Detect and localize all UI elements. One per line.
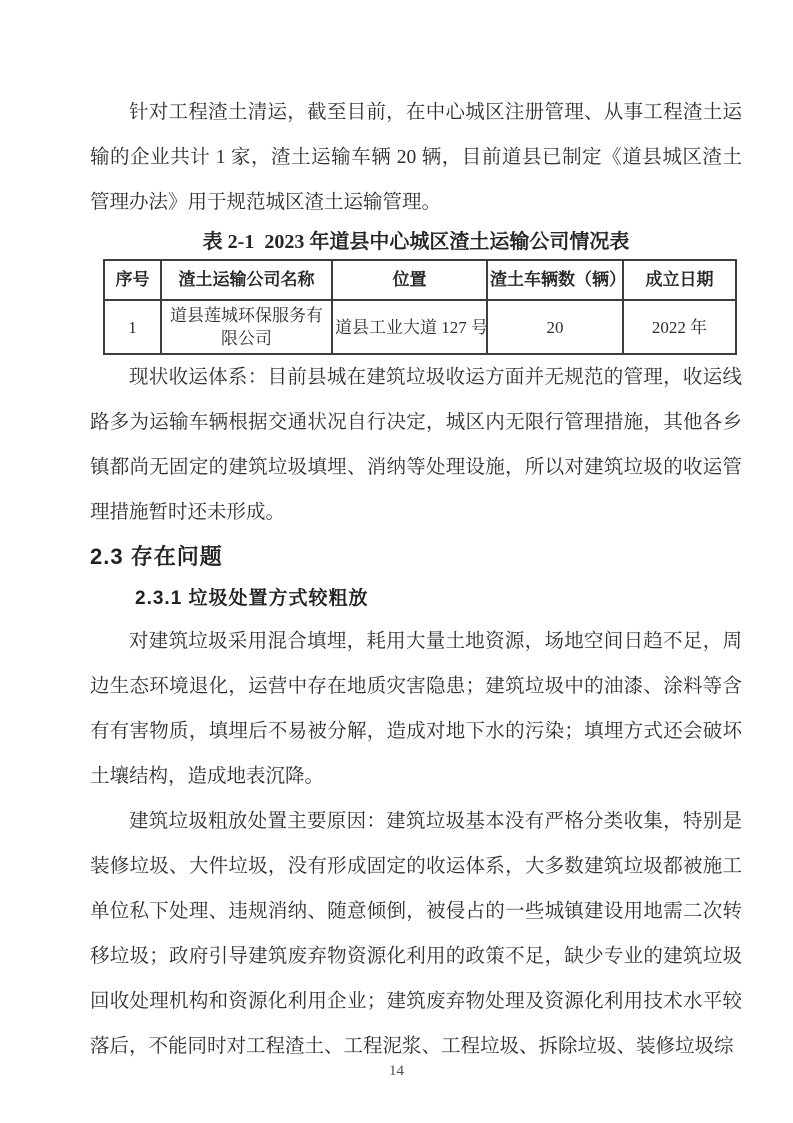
document-page: 针对工程渣土清运，截至目前，在中心城区注册管理、从事工程渣土运输的企业共计 1 … [0, 0, 793, 1123]
cell-truck-count: 20 [487, 300, 623, 354]
header-truck-count: 渣土车辆数（辆） [487, 260, 623, 300]
table-caption: 表 2-1 2023 年道县中心城区渣土运输公司情况表 [90, 226, 742, 258]
cell-company-name: 道县莲城环保服务有限公司 [161, 300, 332, 354]
header-founded-date: 成立日期 [623, 260, 736, 300]
paragraph-collection-system-status: 现状收运体系：目前县城在建筑垃圾收运方面并无规范的管理，收运线路多为运输车辆根据… [90, 355, 742, 535]
page-number: 14 [0, 1063, 793, 1079]
cell-location: 道县工业大道 127 号 [332, 300, 487, 354]
header-company-name: 渣土运输公司名称 [161, 260, 332, 300]
table-row: 1 道县莲城环保服务有限公司 道县工业大道 127 号 20 2022 年 [104, 300, 736, 354]
subsection-heading-crude-disposal: 2.3.1 垃圾处置方式较粗放 [135, 585, 742, 613]
header-index: 序号 [104, 260, 161, 300]
header-location: 位置 [332, 260, 487, 300]
paragraph-crude-disposal-causes: 建筑垃圾粗放处置主要原因：建筑垃圾基本没有严格分类收集，特别是装修垃圾、大件垃圾… [90, 799, 742, 1069]
paragraph-mixed-landfill-issues: 对建筑垃圾采用混合填埋，耗用大量土地资源，场地空间日趋不足，周边生态环境退化，运… [90, 619, 742, 799]
transport-company-table: 序号 渣土运输公司名称 位置 渣土车辆数（辆） 成立日期 1 道县莲城环保服务有… [103, 259, 737, 355]
cell-index: 1 [104, 300, 161, 354]
table-header-row: 序号 渣土运输公司名称 位置 渣土车辆数（辆） 成立日期 [104, 260, 736, 300]
paragraph-muck-transport-overview: 针对工程渣土清运，截至目前，在中心城区注册管理、从事工程渣土运输的企业共计 1 … [90, 90, 742, 225]
cell-founded-date: 2022 年 [623, 300, 736, 354]
section-heading-existing-problems: 2.3 存在问题 [90, 541, 742, 573]
